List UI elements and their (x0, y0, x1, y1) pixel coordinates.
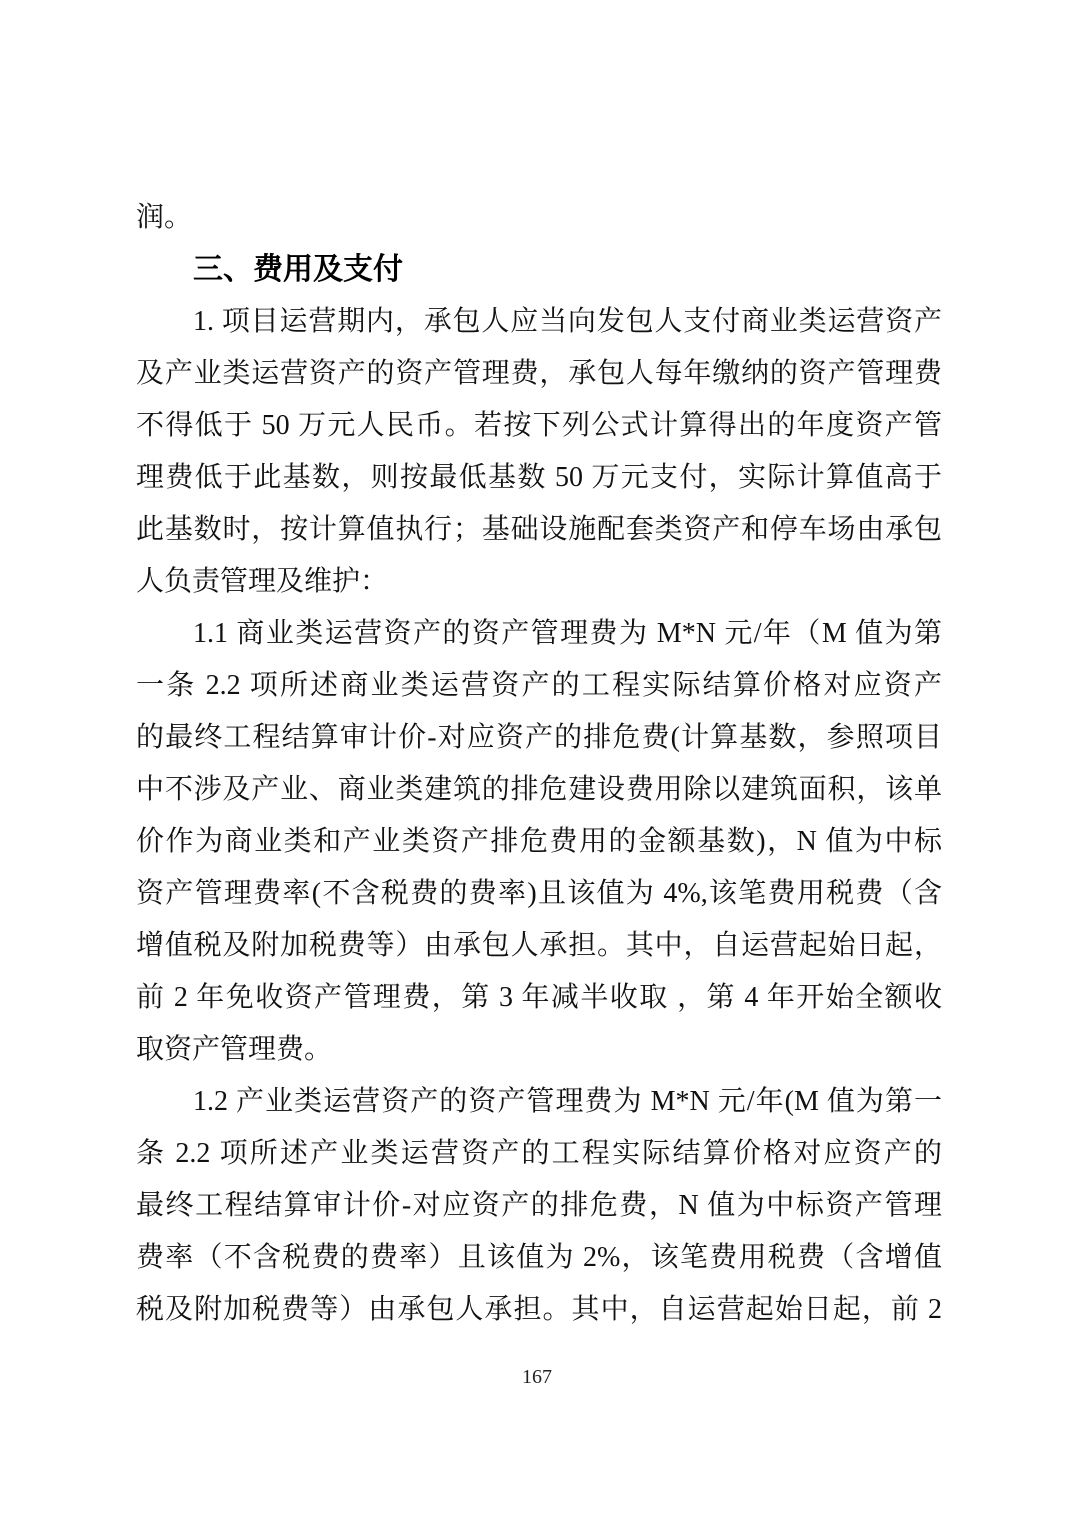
paragraph-3: 1.2 产业类运营资产的资产管理费为 M*N 元/年(M 值为第一 条 2.2 … (136, 1076, 942, 1336)
text-line: 一条 2.2 项所述商业类运营资产的工程实际结算价格对应资产 (136, 660, 942, 712)
text-line: 税及附加税费等）由承包人承担。其中，自运营起始日起，前 2 (136, 1284, 942, 1336)
text-line: 1.1 商业类运营资产的资产管理费为 M*N 元/年（M 值为第 (136, 608, 942, 660)
text-line: 价作为商业类和产业类资产排危费用的金额基数)，N 值为中标 (136, 816, 942, 868)
section-heading: 三、费用及支付 (136, 244, 942, 296)
text-line: 及产业类运营资产的资产管理费，承包人每年缴纳的资产管理费 (136, 348, 942, 400)
text-line: 的最终工程结算审计价-对应资产的排危费(计算基数，参照项目 (136, 712, 942, 764)
paragraph-2: 1.1 商业类运营资产的资产管理费为 M*N 元/年（M 值为第 一条 2.2 … (136, 608, 942, 1076)
page-number: 167 (0, 1364, 1074, 1390)
text-line: 此基数时，按计算值执行；基础设施配套类资产和停车场由承包 (136, 504, 942, 556)
text-line: 条 2.2 项所述产业类运营资产的工程实际结算价格对应资产的 (136, 1128, 942, 1180)
text-line: 取资产管理费。 (136, 1024, 942, 1076)
document-page: 润。 三、费用及支付 1. 项目运营期内，承包人应当向发包人支付商业类运营资产 … (0, 0, 1074, 1520)
paragraph-1: 1. 项目运营期内，承包人应当向发包人支付商业类运营资产 及产业类运营资产的资产… (136, 296, 942, 608)
text-line: 1.2 产业类运营资产的资产管理费为 M*N 元/年(M 值为第一 (136, 1076, 942, 1128)
text-line: 前 2 年免收资产管理费，第 3 年减半收取 ，第 4 年开始全额收 (136, 972, 942, 1024)
text-line: 不得低于 50 万元人民币。若按下列公式计算得出的年度资产管 (136, 400, 942, 452)
text-line: 1. 项目运营期内，承包人应当向发包人支付商业类运营资产 (136, 296, 942, 348)
text-line: 增值税及附加税费等）由承包人承担。其中，自运营起始日起， (136, 920, 942, 972)
text-line: 中不涉及产业、商业类建筑的排危建设费用除以建筑面积，该单 (136, 764, 942, 816)
text-line: 理费低于此基数，则按最低基数 50 万元支付，实际计算值高于 (136, 452, 942, 504)
text-line: 人负责管理及维护： (136, 556, 942, 608)
document-body: 润。 三、费用及支付 1. 项目运营期内，承包人应当向发包人支付商业类运营资产 … (136, 192, 942, 1336)
text-line: 最终工程结算审计价-对应资产的排危费，N 值为中标资产管理 (136, 1180, 942, 1232)
text-line: 资产管理费率(不含税费的费率)且该值为 4%,该笔费用税费（含 (136, 868, 942, 920)
text-line-fragment: 润。 (136, 192, 942, 244)
text-line: 费率（不含税费的费率）且该值为 2%，该笔费用税费（含增值 (136, 1232, 942, 1284)
